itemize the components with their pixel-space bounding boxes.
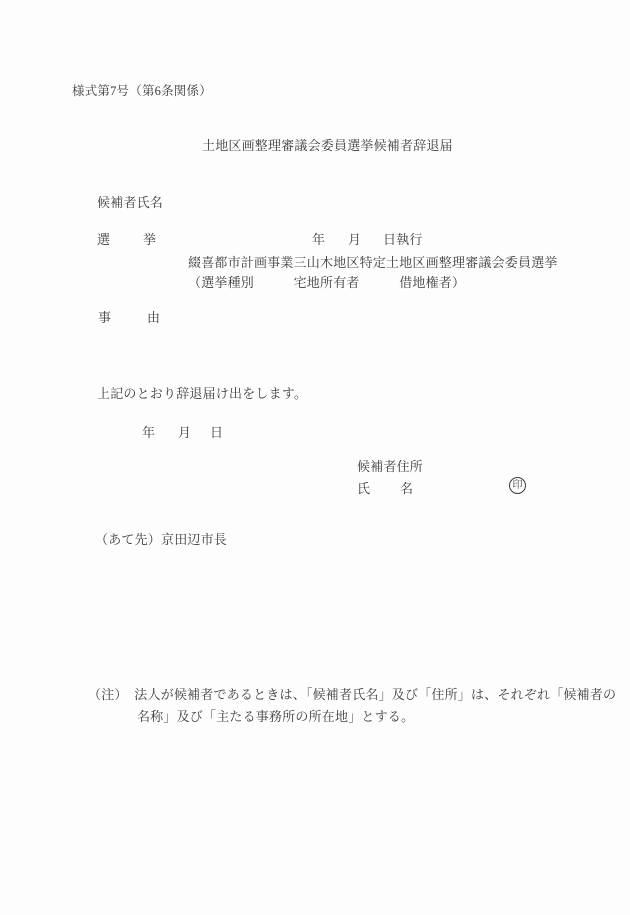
reason-label-char1: 事	[98, 311, 111, 326]
reason-label-char2: 由	[147, 311, 160, 326]
date-day-label: 日	[210, 426, 223, 441]
form-number: 様式第7号（第6条関係）	[72, 84, 212, 98]
note-line1: （注） 法人が候補者であるときは、「候補者氏名」及び「住所」は、それぞれ「候補者…	[88, 688, 616, 703]
election-label-char2: 挙	[143, 233, 156, 248]
note-line2: 名称」及び「主たる事務所の所在地」とする。	[137, 710, 414, 725]
seal-icon: 印	[509, 477, 526, 494]
candidate-address-label: 候補者住所	[357, 460, 423, 475]
name-label-char2: 名	[400, 482, 413, 497]
election-label-char1: 選	[97, 233, 110, 248]
election-year-label: 年	[312, 233, 325, 248]
election-name: 綴喜都市計画事業三山木地区特定土地区画整理審議会委員選挙	[188, 256, 558, 271]
document-title: 土地区画整理審議会委員選挙候補者辞退届	[202, 139, 453, 154]
name-label-char1: 氏	[357, 482, 370, 497]
date-year-label: 年	[142, 426, 155, 441]
declaration-text: 上記のとおり辞退届け出をします。	[97, 387, 307, 402]
election-month-label: 月	[348, 233, 361, 248]
candidate-name-label: 候補者氏名	[97, 196, 163, 211]
document-page: 様式第7号（第6条関係） 土地区画整理審議会委員選挙候補者辞退届 候補者氏名 選…	[0, 0, 630, 915]
election-day-executed-label: 日執行	[383, 233, 423, 248]
date-month-label: 月	[178, 426, 191, 441]
election-type-line: （選挙種別 宅地所有者 借地権者）	[188, 276, 465, 291]
addressee-line: （あて先）京田辺市長	[95, 533, 227, 548]
